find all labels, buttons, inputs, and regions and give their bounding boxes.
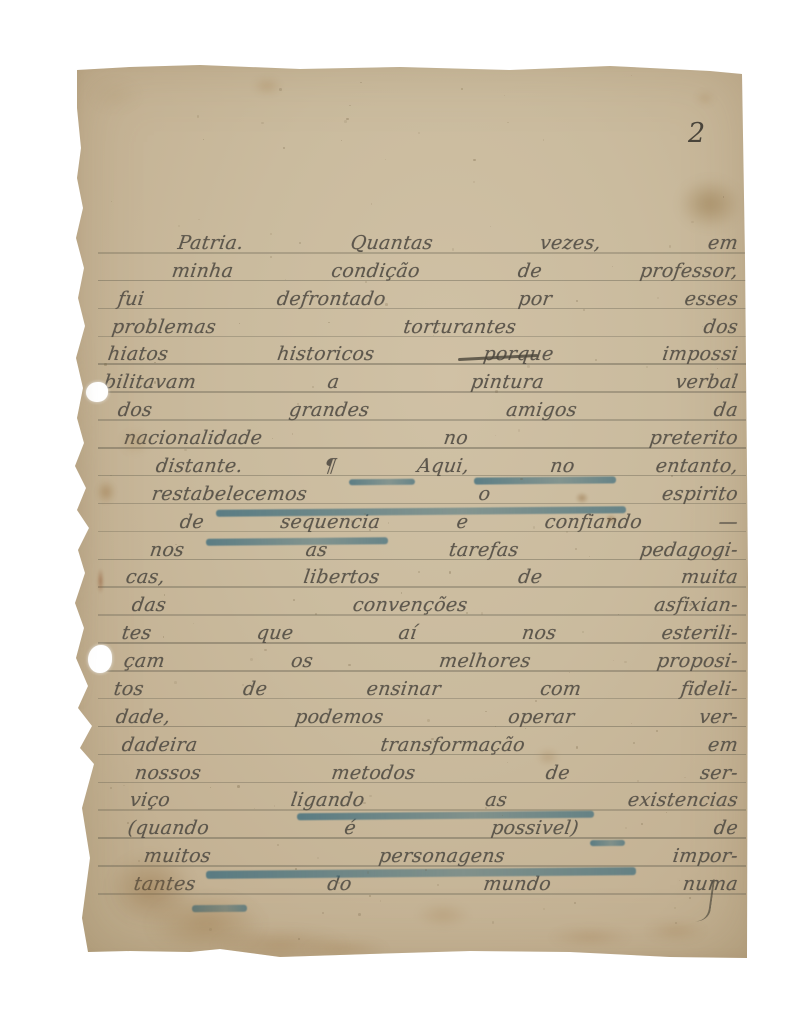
paper-speck xyxy=(576,300,578,302)
handwriting-line: muitos personagens impor- xyxy=(142,842,740,870)
paper-speck xyxy=(431,738,433,740)
stain xyxy=(575,492,589,504)
paper-speck xyxy=(726,442,728,444)
handwriting-line: problemas torturantes dos xyxy=(110,313,740,341)
handwriting-line: Patria. Quantas vezes, em xyxy=(176,229,740,257)
paper-speck xyxy=(209,928,212,931)
paper-speck xyxy=(210,787,211,788)
stain xyxy=(415,902,471,928)
paper-speck xyxy=(679,880,680,881)
paper-speck xyxy=(641,823,643,825)
stain xyxy=(97,568,104,594)
paper-speck xyxy=(104,363,107,366)
paper-speck xyxy=(461,88,463,90)
paper-speck xyxy=(684,777,685,778)
handwriting-line: hiatos historicos porque impossi xyxy=(106,340,740,368)
stain xyxy=(605,514,617,524)
stain xyxy=(536,748,560,766)
handwriting-line: minha condição de professor, xyxy=(170,257,740,285)
handwriting-line: dos grandes amigos da xyxy=(116,396,740,424)
paper-speck xyxy=(633,742,635,744)
handwriting-line: bilitavam a pintura verbal xyxy=(102,368,740,396)
photo-background: 2 Patria. Quantas vezes, emminha condiçã… xyxy=(0,0,808,1024)
paper-speck xyxy=(689,603,692,606)
paper-speck xyxy=(210,466,211,467)
stain xyxy=(120,430,150,454)
handwriting-line: das convenções asfixian- xyxy=(130,591,740,619)
paper-speck xyxy=(533,526,535,528)
paper-speck xyxy=(134,630,136,632)
handwriting-line: restabelecemos o espirito xyxy=(150,480,740,508)
paper-speck xyxy=(197,115,200,118)
blue-underline xyxy=(474,476,616,484)
paper-speck xyxy=(492,921,495,924)
paper-speck xyxy=(707,773,709,775)
paper-speck xyxy=(433,335,434,336)
paper-speck xyxy=(184,449,186,451)
paper-speck xyxy=(274,805,276,807)
paper-speck xyxy=(646,366,648,368)
paper-speck xyxy=(360,277,362,279)
paper-speck xyxy=(691,221,693,223)
paper-speck xyxy=(365,281,367,283)
paper-speck xyxy=(279,88,282,91)
handwriting-line: dade, podemos operar ver- xyxy=(114,703,740,731)
paper-speck xyxy=(427,719,430,722)
handwriting-line: tos de ensinar com fideli- xyxy=(112,675,740,703)
paper-speck xyxy=(437,884,438,885)
paper-speck xyxy=(671,802,673,804)
paper-speck xyxy=(138,860,140,862)
paper-speck xyxy=(514,415,516,417)
paper-speck xyxy=(123,785,125,787)
stain xyxy=(252,76,282,96)
paper-speck xyxy=(521,388,523,390)
paper-speck xyxy=(322,912,324,914)
paper-speck xyxy=(261,122,263,124)
blue-underline xyxy=(349,479,415,486)
handwriting-line: dadeira transformação em xyxy=(120,731,740,759)
paper-speck xyxy=(518,429,521,432)
paper-speck xyxy=(473,159,475,161)
blue-underline xyxy=(590,840,625,846)
paper-speck xyxy=(295,868,297,870)
paper-speck xyxy=(312,386,314,388)
paper-speck xyxy=(270,256,272,258)
paper-speck xyxy=(543,139,544,140)
handwriting-line: cas, libertos de muita xyxy=(124,563,740,591)
paper-speck xyxy=(242,684,244,686)
paper-speck xyxy=(315,613,317,615)
paper-speck xyxy=(355,299,356,300)
paper-speck xyxy=(507,762,508,763)
paper-speck xyxy=(178,225,180,227)
paper-speck xyxy=(520,478,523,481)
paper-speck xyxy=(293,599,295,601)
paper-speck xyxy=(576,746,579,749)
paper-speck xyxy=(346,292,349,295)
paper-speck xyxy=(624,661,627,664)
paper-speck xyxy=(589,556,590,557)
handwriting-line: distante. ¶ Aqui, no entanto, xyxy=(154,452,740,480)
stain xyxy=(96,480,116,504)
handwriting-line: nossos metodos de ser- xyxy=(133,759,740,787)
punch-hole xyxy=(88,645,112,673)
paper-speck xyxy=(418,132,420,134)
paper-speck xyxy=(154,362,155,363)
paper-speck xyxy=(485,807,487,809)
handwriting-line: çam os melhores proposi- xyxy=(122,647,740,675)
paper-speck xyxy=(490,226,491,227)
paper-speck xyxy=(689,897,690,898)
paper-speck xyxy=(239,323,240,324)
paper-speck xyxy=(531,405,533,407)
paper-speck xyxy=(175,544,177,546)
handwriting-line: viço ligando as existencias xyxy=(128,786,740,814)
page-number: 2 xyxy=(688,118,705,149)
paper-speck xyxy=(462,556,463,557)
stain xyxy=(74,300,90,720)
paper-speck xyxy=(250,658,253,661)
stain xyxy=(678,178,742,230)
paper-speck xyxy=(264,649,267,652)
paper-speck xyxy=(675,922,677,924)
paper-speck xyxy=(369,795,371,797)
paper-speck xyxy=(595,359,597,361)
paper-speck xyxy=(338,882,340,884)
paper-speck xyxy=(495,390,498,393)
paper-speck xyxy=(348,664,350,666)
manuscript-page: 2 Patria. Quantas vezes, emminha condiçã… xyxy=(70,58,754,962)
paper-speck xyxy=(669,245,671,247)
punch-hole xyxy=(86,382,108,402)
paper-speck xyxy=(527,365,530,368)
paper-speck xyxy=(358,913,361,916)
handwriting-line: tes que aí nos esterili- xyxy=(120,619,740,647)
paper-speck xyxy=(583,309,585,311)
paper-speck xyxy=(438,325,440,327)
paper-speck xyxy=(543,908,545,910)
stain xyxy=(90,80,140,110)
paper-speck xyxy=(656,730,658,732)
paper-speck xyxy=(535,700,537,702)
handwriting-line: nacionalidade no preterito xyxy=(122,424,740,452)
paper-speck xyxy=(385,303,388,306)
paper-speck xyxy=(369,529,371,531)
paper-speck xyxy=(344,120,347,123)
paper-speck xyxy=(364,513,366,515)
stain xyxy=(548,926,632,948)
paper-speck xyxy=(164,594,166,596)
paper-speck xyxy=(566,531,568,533)
paper-speck xyxy=(452,248,454,250)
stain xyxy=(695,90,715,106)
paper-speck xyxy=(174,681,177,684)
stain xyxy=(300,938,390,960)
handwriting-line: fui defrontado por esses xyxy=(116,285,740,313)
paper-speck xyxy=(237,785,240,788)
